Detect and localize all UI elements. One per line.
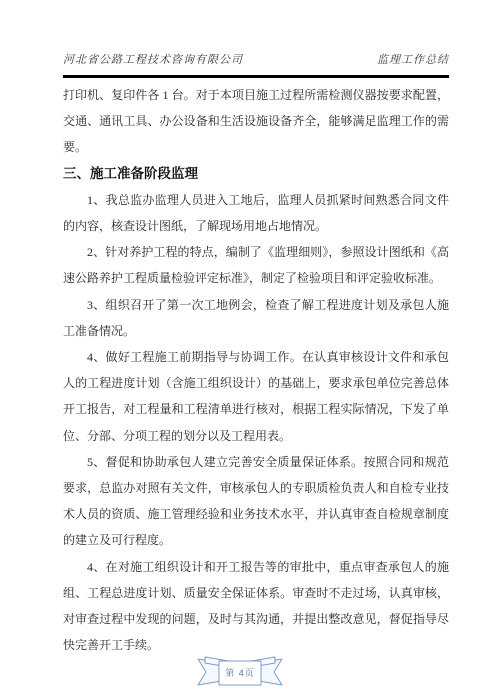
document-page: 河北省公路工程技术咨询有限公司 监理工作总结 打印机、复印件各 1 台。对于本项… [0, 0, 480, 700]
page-header: 河北省公路工程技术咨询有限公司 监理工作总结 [63, 51, 449, 78]
section-heading: 三、施工准备阶段监理 [63, 161, 449, 187]
paragraph-continuation: 打印机、复印件各 1 台。对于本项目施工过程所需检测仪器按要求配置，交通、通讯工… [63, 82, 449, 161]
page-footer: 第 4页 [0, 652, 480, 688]
page-number-ribbon: 第 4页 [196, 652, 284, 688]
document-body: 打印机、复印件各 1 台。对于本项目施工过程所需检测仪器按要求配置，交通、通讯工… [63, 82, 449, 658]
paragraph-item-2: 2、针对养护工程的特点，编制了《监理细则》，参照设计图纸和《高速公路养护工程质量… [63, 239, 449, 291]
paragraph-item-1: 1、我总监办监理人员进入工地后，监理人员抓紧时间熟悉合同文件的内容，核查设计图纸… [63, 187, 449, 239]
paragraph-item-5: 5、督促和协助承包人建立完善安全质量保证体系。按照合同和规范要求，总监办对照有关… [63, 449, 449, 554]
header-company-name: 河北省公路工程技术咨询有限公司 [63, 51, 243, 67]
paragraph-item-3: 3、组织召开了第一次工地例会，检查了解工程进度计划及承包人施工准备情况。 [63, 292, 449, 344]
paragraph-item-4: 4、做好工程施工前期指导与协调工作。在认真审核设计文件和承包人的工程进度计划（含… [63, 344, 449, 449]
paragraph-item-6: 4、在对施工组织设计和开工报告等的审批中，重点审查承包人的施组、工程总进度计划、… [63, 554, 449, 659]
header-doc-title: 监理工作总结 [377, 51, 449, 67]
page-number: 第 4页 [196, 652, 284, 688]
